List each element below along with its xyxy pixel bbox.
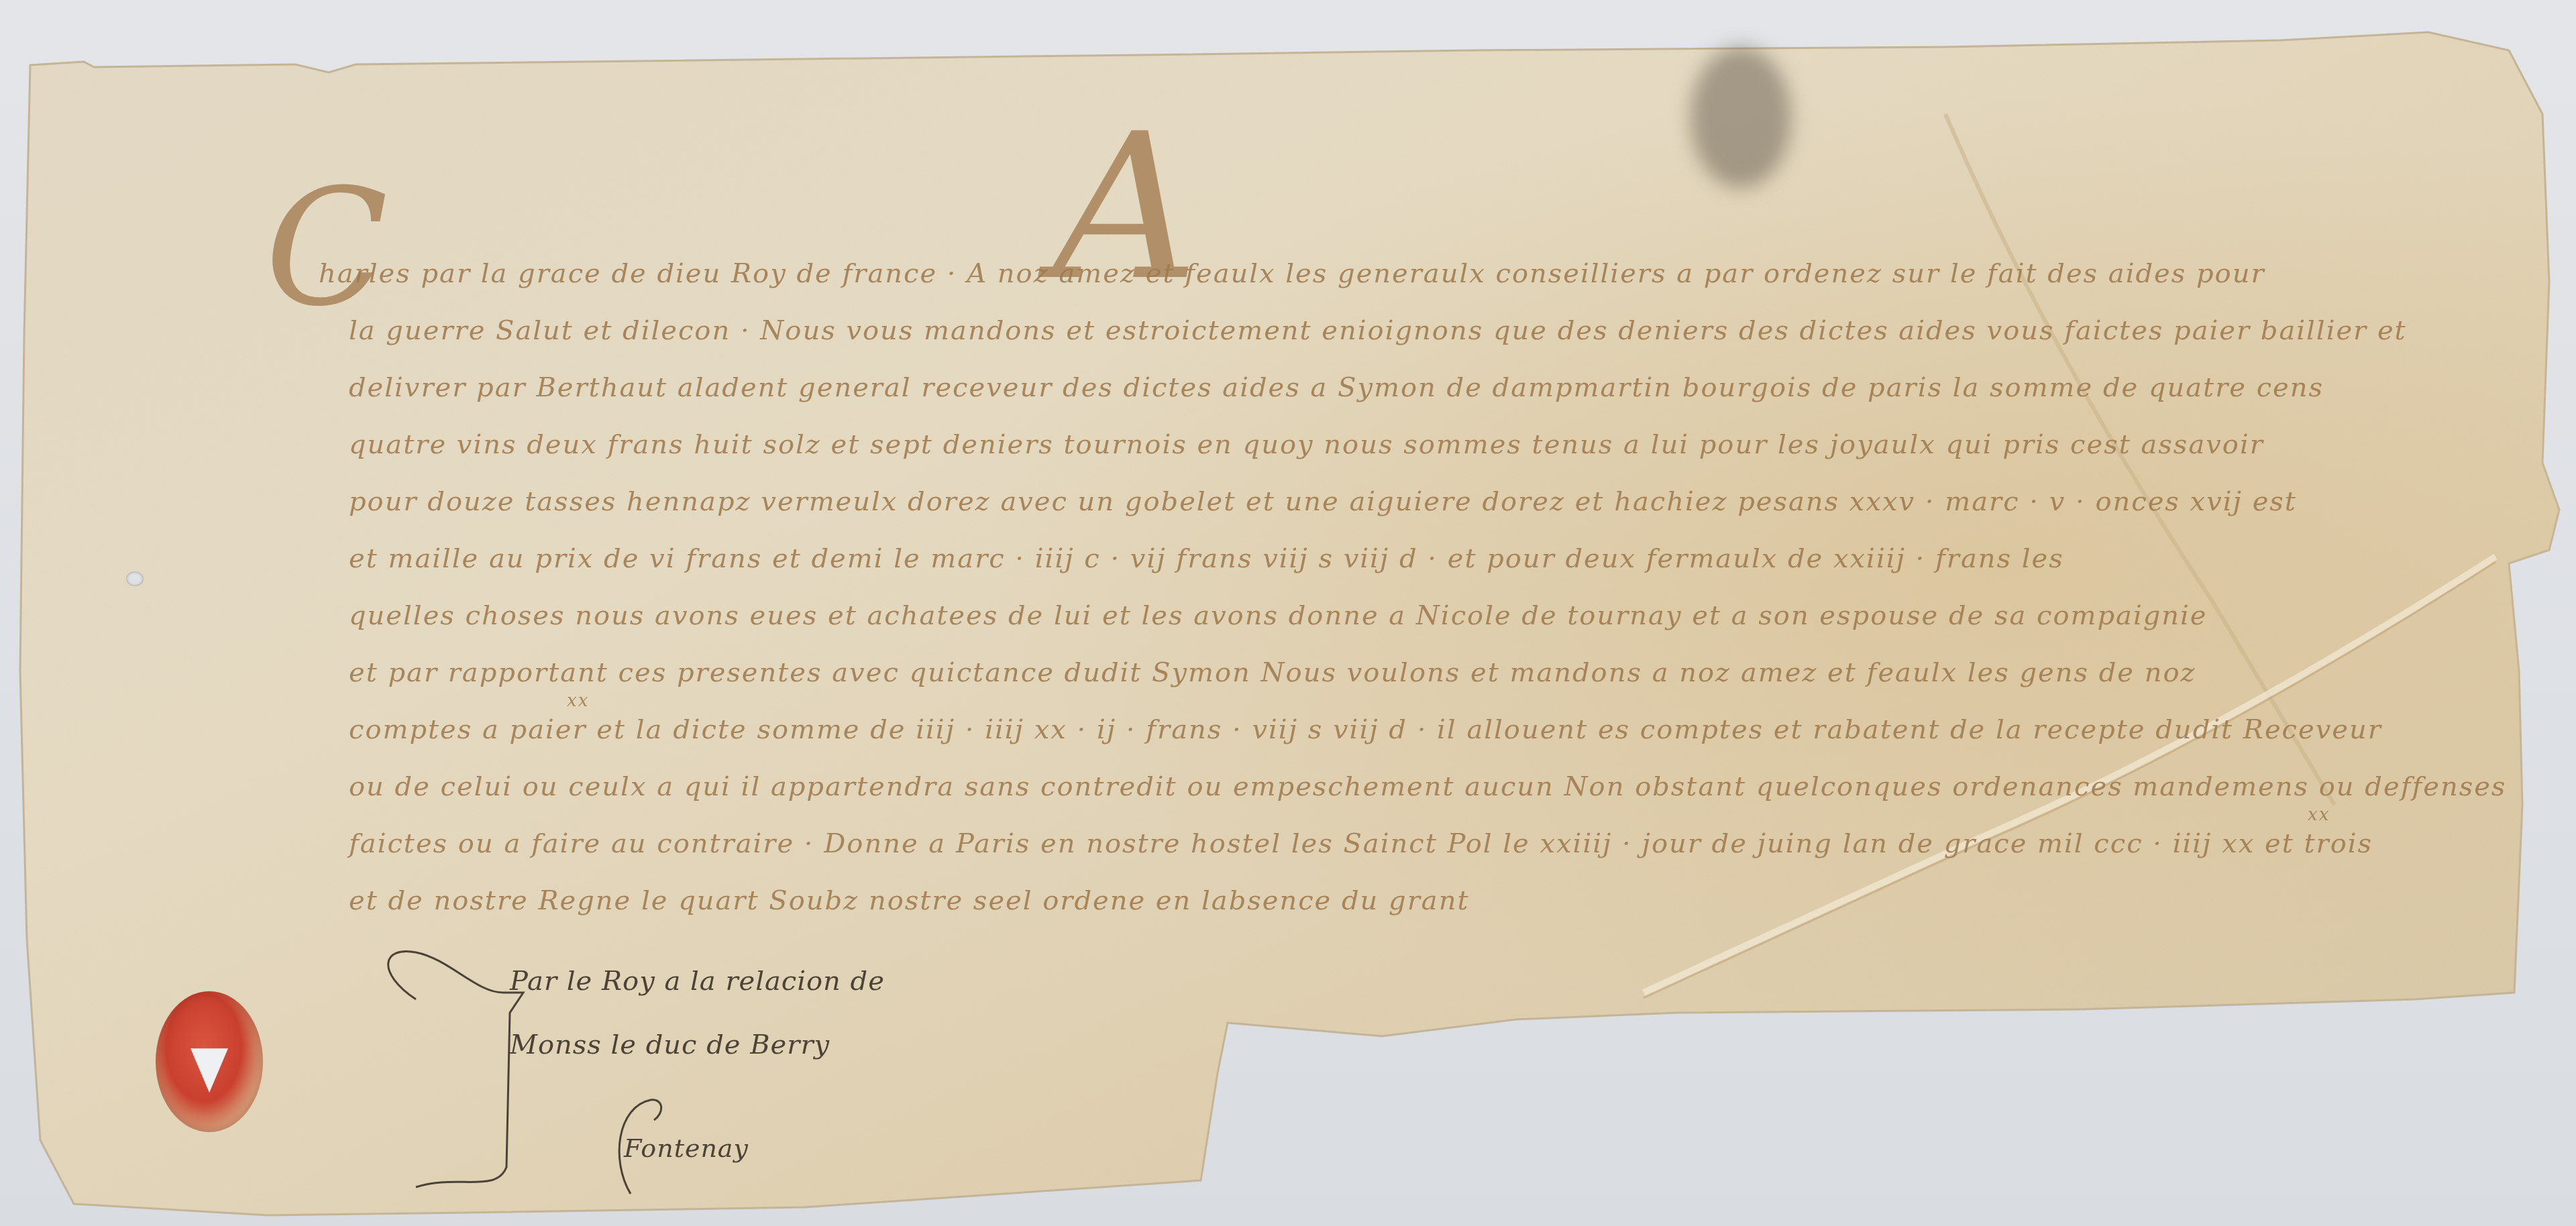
text-line-7: quelles choses nous avons eues et achate… (349, 600, 2208, 631)
superscript-mark: xx (567, 691, 589, 711)
text-line-9: comptes a paier et la dicte somme de iii… (349, 714, 2382, 745)
seal-cord-hole (191, 1048, 228, 1093)
text-line-2: la guerre Salut et dilecon · Nous vous m… (349, 315, 2407, 346)
attestation-line-2: Monss le duc de Berry (510, 1029, 830, 1060)
text-line-11: faictes ou a faire au contraire · Donne … (349, 828, 2373, 859)
text-line-12: et de nostre Regne le quart Soubz nostre… (349, 885, 1470, 916)
initial-letter-c: C (265, 168, 388, 329)
wax-seal (156, 991, 263, 1132)
text-line-1: harles par la grace de dieu Roy de franc… (319, 258, 2265, 289)
text-line-8: et par rapportant ces presentes avec qui… (349, 657, 2196, 688)
text-line-3: delivrer par Berthaut aladent general re… (349, 372, 2324, 403)
superscript-mark: xx (2308, 805, 2330, 825)
text-line-10: ou de celui ou ceulx a qui il appartendr… (349, 771, 2506, 802)
signature-flourish-small (604, 1093, 684, 1201)
text-line-4: quatre vins deux frans huit solz et sept… (349, 429, 2264, 460)
ink-stain (1690, 47, 1791, 188)
attestation-line-1: Par le Roy a la relacion de (510, 966, 885, 997)
text-line-5: pour douze tasses hennapz vermeulx dorez… (349, 486, 2297, 517)
text-line-6: et maille au prix de vi frans et demi le… (349, 543, 2064, 574)
parchment-hole (126, 571, 144, 586)
